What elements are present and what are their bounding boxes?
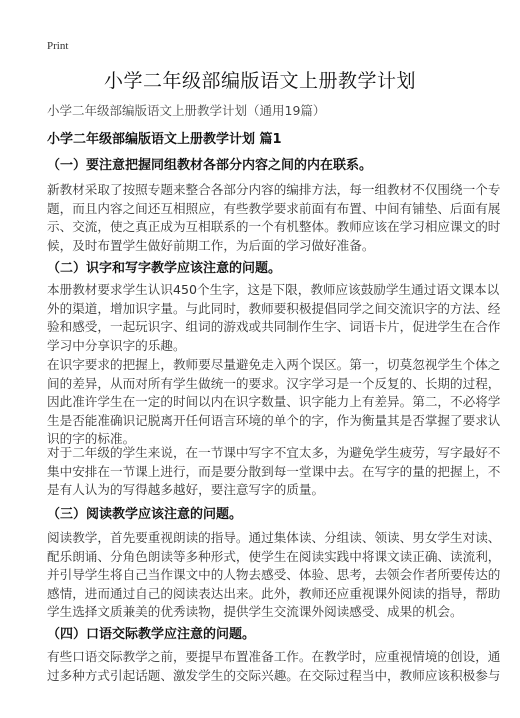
paragraph-line: 示、交流，使之真正成为互相联系的一个有机整体。教师应该在学习相应课文的时 [47,218,487,237]
paragraph: 对于二年级的学生来说，在一节课中写字不宜太多，为避免学生疲劳，写字最好不 集中安… [47,444,487,500]
paragraph-line: 学生选择文质兼美的优秀读物，提供学生交流课外阅读感受、成果的机会。 [47,603,487,622]
paragraph: 在识字要求的把握上，教师要尽量避免走入两个误区。第一，切莫忽视学生个体之 间的差… [47,356,487,449]
paragraph-line: 并引导学生将自己当作课文中的人物去感受、体验、思考，去领会作者所要传达的 [47,566,487,585]
paragraph-line: 因此准许学生在一定的时间以内在识字数量、识字能力上有差异。第二，不必将学 [47,393,487,412]
section-heading-3: （三）阅读教学应该注意的问题。 [47,503,242,522]
paragraph-line: 学习中分享识字的乐趣。 [47,337,487,356]
paragraph: 有些口语交际教学之前，要提早布置准备工作。在教学时，应重视情境的创设，通 过多种… [47,648,487,685]
paragraph: 新教材采取了按照专题来整合各部分内容的编排方法，每一组教材不仅围绕一个专 题，而… [47,181,487,255]
document-page: Print 小学二年级部编版语文上册教学计划 小学二年级部编版语文上册教学计划（… [0,0,520,718]
paragraph-line: 阅读教学，首先要重视朗读的指导。通过集体读、分组读、领读、男女学生对读、 [47,529,487,548]
document-subtitle: 小学二年级部编版语文上册教学计划（通用19篇） [47,101,325,119]
paragraph-line: 新教材采取了按照专题来整合各部分内容的编排方法，每一组教材不仅围绕一个专 [47,181,487,200]
page-title: 小学二年级部编版语文上册教学计划 [0,66,520,93]
paragraph: 阅读教学，首先要重视朗读的指导。通过集体读、分组读、领读、男女学生对读、 配乐朗… [47,529,487,622]
paragraph-line: 题，而且内容之间还互相照应，有些教学要求前面有布置、中间有铺垫、后面有展 [47,200,487,219]
section-heading-1: （一）要注意把握同组教材各部分内容之间的内在联系。 [47,154,372,173]
paragraph-line: 生是否能准确识记脱离开任何语言环境的单个的字，作为衡量其是否掌握了要求认 [47,412,487,431]
paragraph-line: 对于二年级的学生来说，在一节课中写字不宜太多，为避免学生疲劳，写字最好不 [47,444,487,463]
paragraph-line: 感情，进而通过自己的阅读表达出来。此外，教师还应重视课外阅读的指导，帮助 [47,585,487,604]
paragraph: 本册教材要求学生认识450个生字，这是下限，教师应该鼓励学生通过语文课本以 外的… [47,281,487,355]
paragraph-line: 外的渠道，增加识字量。与此同时，教师要积极提倡同学之间交流识字的方法、经 [47,300,487,319]
section-heading-4: （四）口语交际教学应注意的问题。 [47,623,255,642]
paragraph-line: 在识字要求的把握上，教师要尽量避免走入两个误区。第一，切莫忽视学生个体之 [47,356,487,375]
paragraph-line: 有些口语交际教学之前，要提早布置准备工作。在教学时，应重视情境的创设，通 [47,648,487,667]
paragraph-line: 集中安排在一节课上进行，而是要分散到每一堂课中去。在写字的量的把握上，不 [47,463,487,482]
paragraph-line: 候，及时布置学生做好前期工作，为后面的学习做好准备。 [47,237,487,256]
article-heading: 小学二年级部编版语文上册教学计划 篇1 [47,128,282,147]
paragraph-line: 本册教材要求学生认识450个生字，这是下限，教师应该鼓励学生通过语文课本以 [47,281,487,300]
paragraph-line: 过多种方式引起话题、激发学生的交际兴趣。在交际过程当中，教师应该积极参与 [47,667,487,686]
section-heading-2: （二）识字和写字教学应该注意的问题。 [47,257,281,276]
paragraph-line: 验和感受，一起玩识字、组词的游戏或共同制作生字、词语卡片，促进学生在合作 [47,318,487,337]
paragraph-line: 是有人认为的写得越多越好，要注意写字的质量。 [47,481,487,500]
paragraph-line: 间的差异，从而对所有学生做统一的要求。汉字学习是一个反复的、长期的过程， [47,375,487,394]
paragraph-line: 配乐朗诵、分角色朗读等多种形式，使学生在阅读实践中将课文读正确、读流利， [47,548,487,567]
print-label: Print [47,40,68,52]
